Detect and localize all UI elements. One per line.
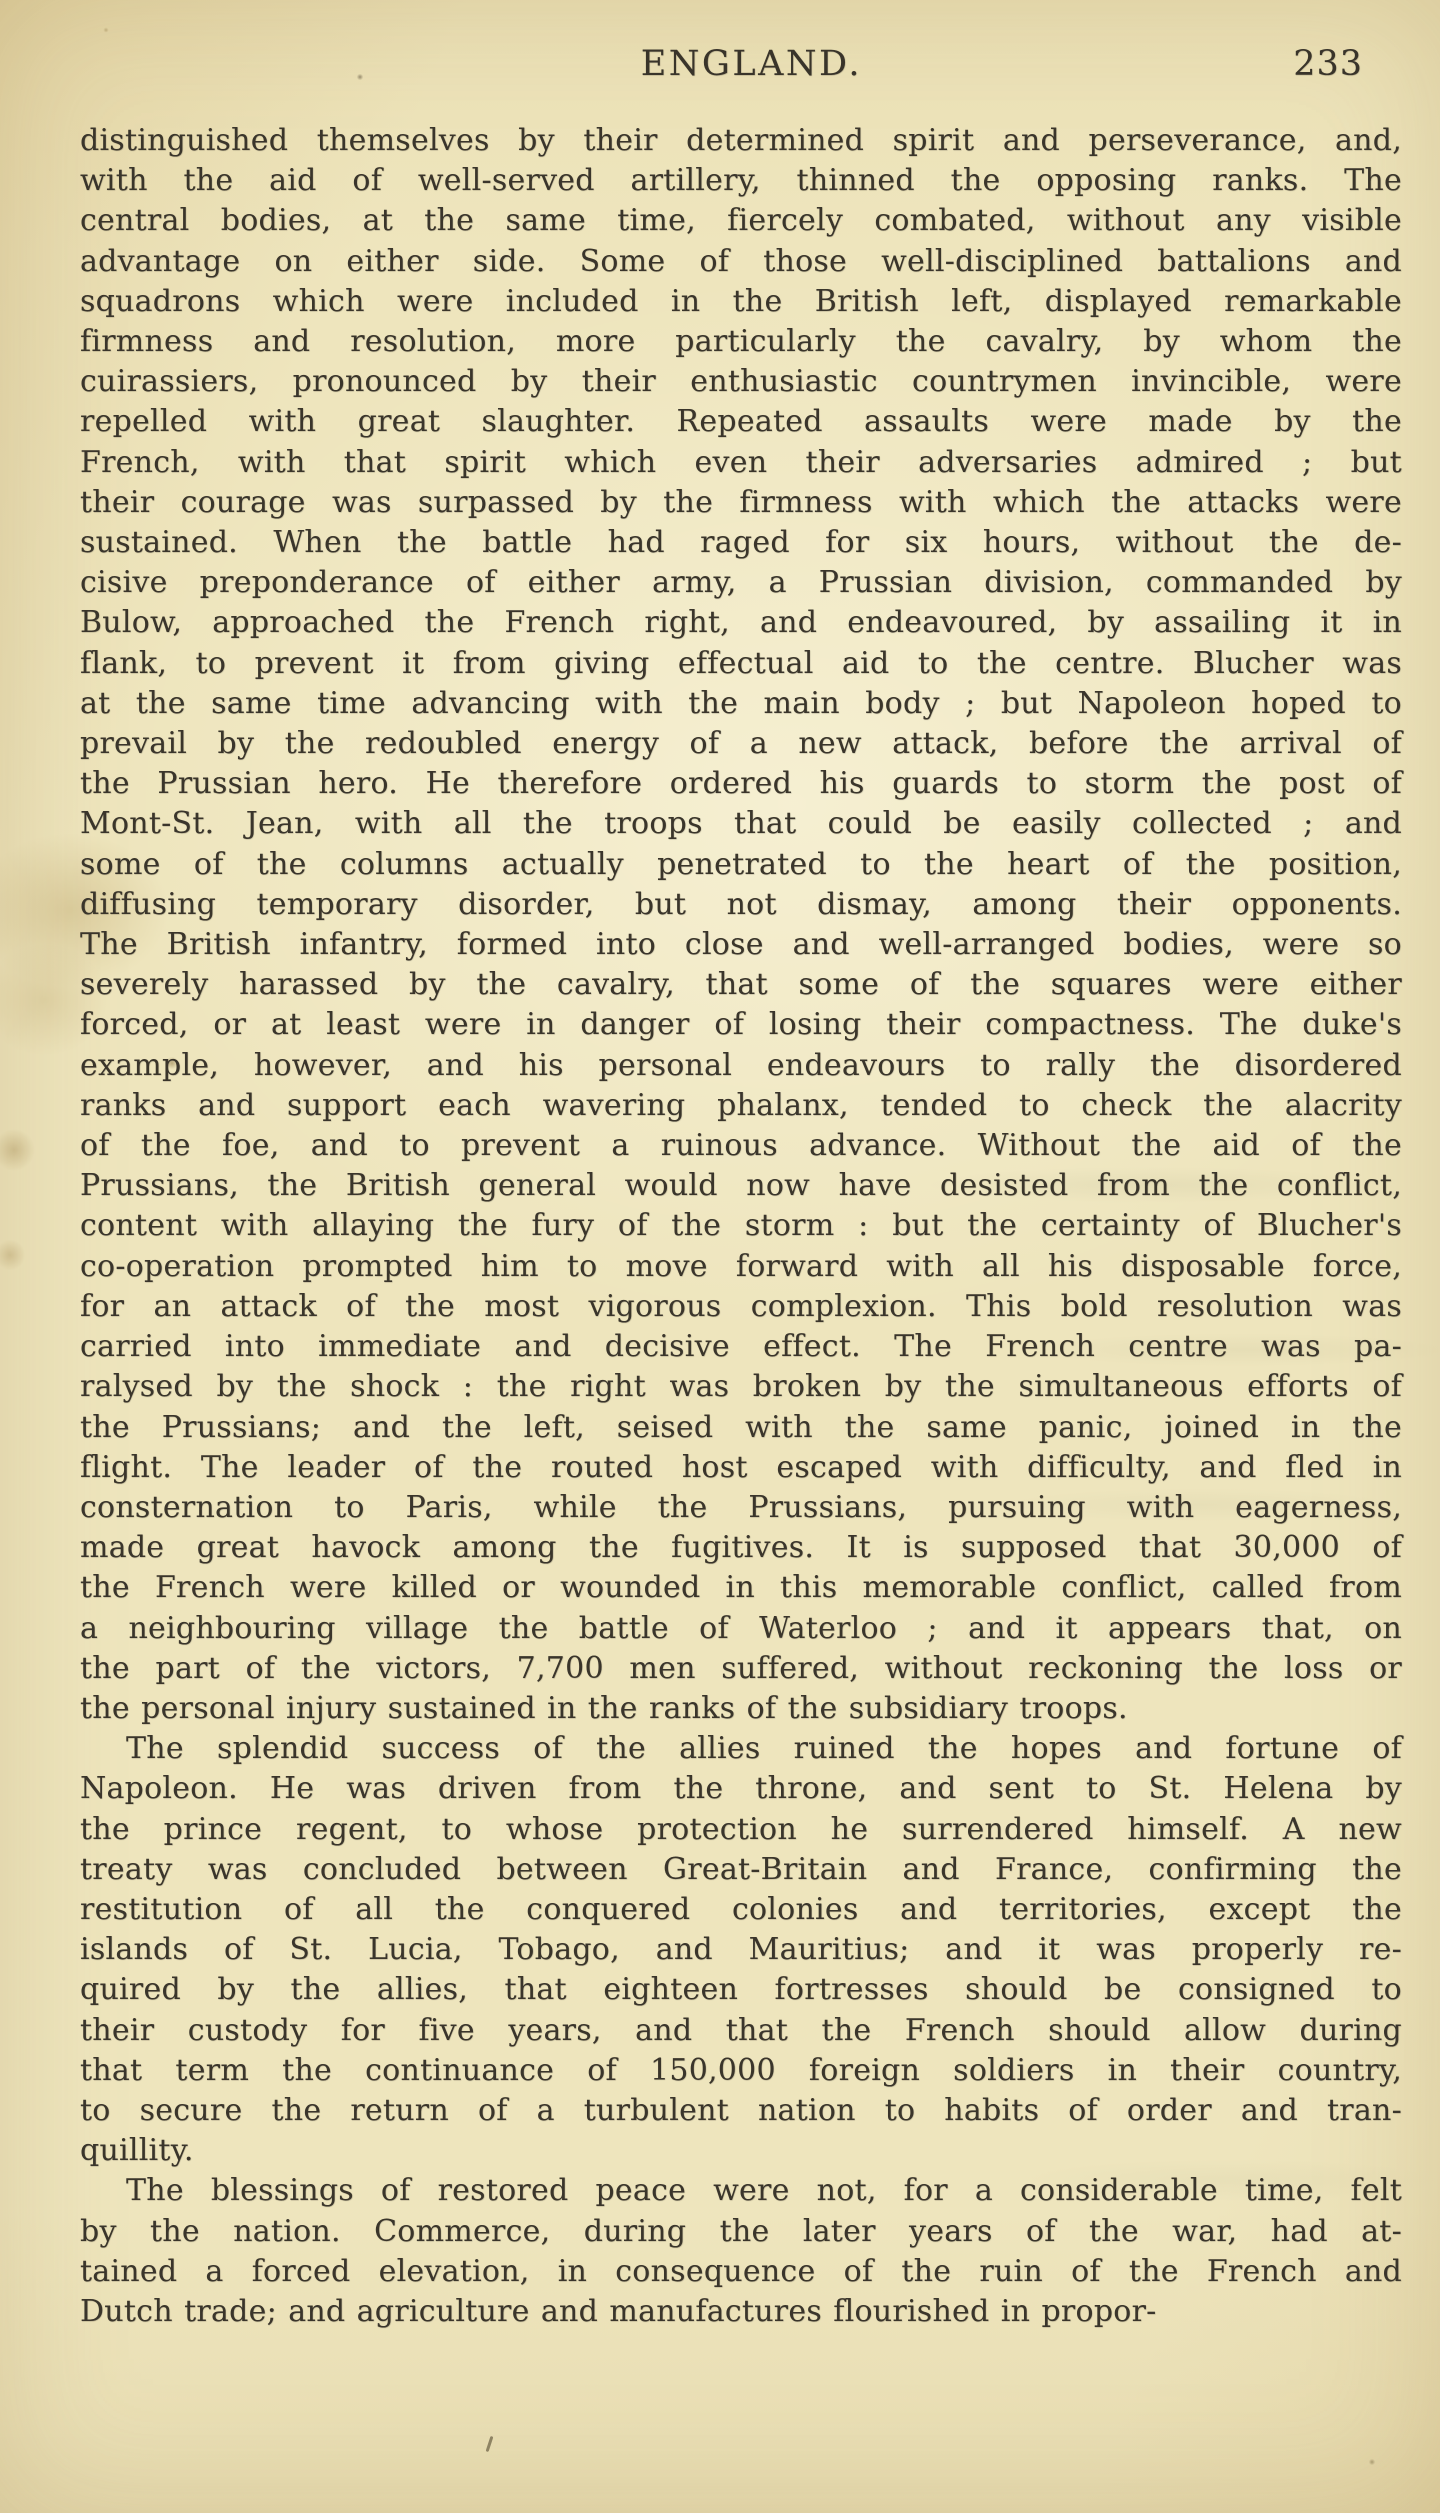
text-line: made great havock among the fugitives. I… — [80, 1528, 1402, 1568]
text-line: the French were killed or wounded in thi… — [80, 1568, 1402, 1608]
text-line: flight. The leader of the routed host es… — [80, 1448, 1402, 1488]
text-line: content with allaying the fury of the st… — [80, 1206, 1402, 1246]
text-line: Mont-St. Jean, with all the troops that … — [80, 804, 1402, 844]
text-line: squadrons which were included in the Bri… — [80, 282, 1402, 322]
text-line: cuirassiers, pronounced by their enthusi… — [80, 362, 1402, 402]
text-line: ralysed by the shock : the right was bro… — [80, 1367, 1402, 1407]
text-line: to secure the return of a turbulent nati… — [80, 2091, 1402, 2131]
text-line: The British infantry, formed into close … — [80, 925, 1402, 965]
text-line: diffusing temporary disorder, but not di… — [80, 885, 1402, 925]
text-line: repelled with great slaughter. Repeated … — [80, 402, 1402, 442]
text-line: French, with that spirit which even thei… — [80, 443, 1402, 483]
text-line: that term the continuance of 150,000 for… — [80, 2051, 1402, 2091]
text-line: tained a forced elevation, in consequenc… — [80, 2252, 1402, 2292]
text-line: some of the columns actually penetrated … — [80, 845, 1402, 885]
text-line: their custody for five years, and that t… — [80, 2011, 1402, 2051]
text-line: quillity. — [80, 2131, 1402, 2171]
text-line: cisive preponderance of either army, a P… — [80, 563, 1402, 603]
text-line: distinguished themselves by their determ… — [80, 121, 1402, 161]
text-line: the Prussian hero. He therefore ordered … — [80, 764, 1402, 804]
text-line: of the foe, and to prevent a ruinous adv… — [80, 1126, 1402, 1166]
paragraph: distinguished themselves by their determ… — [80, 121, 1402, 1729]
text-line: a neighbouring village the battle of Wat… — [80, 1609, 1402, 1649]
page-number: 233 — [1293, 44, 1363, 84]
text-line: quired by the allies, that eighteen fort… — [80, 1970, 1402, 2010]
text-line: Prussians, the British general would now… — [80, 1166, 1402, 1206]
text-line: sustained. When the battle had raged for… — [80, 523, 1402, 563]
text-line: advantage on either side. Some of those … — [80, 242, 1402, 282]
page-text: distinguished themselves by their determ… — [80, 121, 1402, 2332]
text-line: flank, to prevent it from giving effectu… — [80, 644, 1402, 684]
text-line: carried into immediate and decisive effe… — [80, 1327, 1402, 1367]
paragraph: The blessings of restored peace were not… — [80, 2171, 1402, 2332]
text-line: the part of the victors, 7,700 men suffe… — [80, 1649, 1402, 1689]
text-line: example, however, and his personal endea… — [80, 1046, 1402, 1086]
text-line: severely harassed by the cavalry, that s… — [80, 965, 1402, 1005]
text-line: the prince regent, to whose protection h… — [80, 1810, 1402, 1850]
text-line: at the same time advancing with the main… — [80, 684, 1402, 724]
text-line: their courage was surpassed by the firmn… — [80, 483, 1402, 523]
page-title: ENGLAND. — [641, 44, 862, 84]
text-line: co-operation prompted him to move forwar… — [80, 1247, 1402, 1287]
text-line: treaty was concluded between Great-Brita… — [80, 1850, 1402, 1890]
text-line: by the nation. Commerce, during the late… — [80, 2212, 1402, 2252]
text-line: consternation to Paris, while the Prussi… — [80, 1488, 1402, 1528]
text-line: prevail by the redoubled energy of a new… — [80, 724, 1402, 764]
text-line: the Prussians; and the left, seised with… — [80, 1408, 1402, 1448]
text-line: Bulow, approached the French right, and … — [80, 603, 1402, 643]
text-line: islands of St. Lucia, Tobago, and Maurit… — [80, 1930, 1402, 1970]
text-line: ranks and support each wavering phalanx,… — [80, 1086, 1402, 1126]
text-line: The blessings of restored peace were not… — [80, 2171, 1402, 2211]
text-line: firmness and resolution, more particular… — [80, 322, 1402, 362]
paragraph: The splendid success of the allies ruine… — [80, 1729, 1402, 2171]
text-line: for an attack of the most vigorous compl… — [80, 1287, 1402, 1327]
text-line: forced, or at least were in danger of lo… — [80, 1005, 1402, 1045]
text-line: restitution of all the conquered colonie… — [80, 1890, 1402, 1930]
text-line: The splendid success of the allies ruine… — [80, 1729, 1402, 1769]
text-line: Napoleon. He was driven from the throne,… — [80, 1769, 1402, 1809]
text-line: with the aid of well-served artillery, t… — [80, 161, 1402, 201]
text-line: the personal injury sustained in the ran… — [80, 1689, 1402, 1729]
text-line: central bodies, at the same time, fierce… — [80, 201, 1402, 241]
page-header: ENGLAND. 233 — [80, 44, 1405, 90]
text-line: Dutch trade; and agriculture and manufac… — [80, 2292, 1402, 2332]
